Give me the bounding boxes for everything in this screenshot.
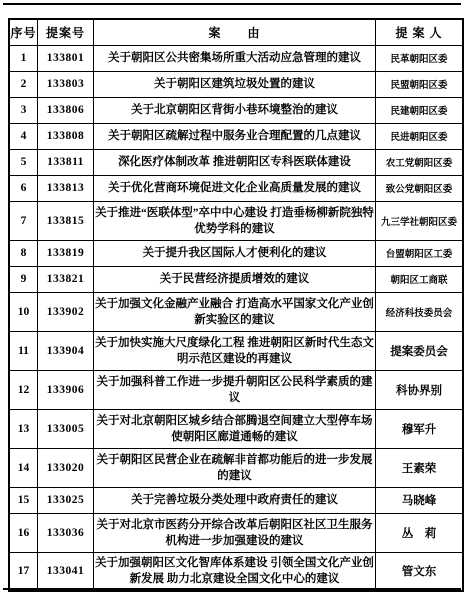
proposal-case: 关于朝阳区疏解过程中服务业合理配置的几点建议 [94, 123, 376, 149]
proposal-proposer: 马晓峰 [376, 487, 464, 513]
row-index: 9 [9, 266, 38, 292]
table-row: 14133020关于朝阳区民营企业在疏解非首都功能后的进一步发展的建议王素荣 [9, 448, 463, 487]
proposal-case: 关于朝阳区民营企业在疏解非首都功能后的进一步发展的建议 [94, 448, 376, 487]
top-rule [3, 3, 461, 5]
proposal-proposer: 丛 莉 [376, 513, 464, 552]
header-case: 案 由 [94, 19, 376, 45]
proposal-proposer: 朝阳区工商联 [376, 266, 464, 292]
row-index: 8 [9, 240, 38, 266]
table-row: 1133801关于朝阳区公共密集场所重大活动应急管理的建议民革朝阳区委 [9, 45, 463, 71]
proposal-case: 关于对北京市医药分开综合改革后朝阳区社区卫生服务机构进一步加强建设的建议 [94, 513, 376, 552]
table-row: 12133906关于加强科普工作进一步提升朝阳区公民科学素质的建议科协界别 [9, 370, 463, 409]
row-index: 17 [9, 552, 38, 591]
row-index: 2 [9, 71, 38, 97]
row-index: 10 [9, 292, 38, 331]
proposal-number: 133806 [38, 97, 94, 123]
proposal-number: 133906 [38, 370, 94, 409]
table-row: 2133803关于朝阳区建筑垃圾处置的建议民盟朝阳区委 [9, 71, 463, 97]
proposal-proposer: 民革朝阳区委 [376, 45, 464, 71]
header-number: 提案号 [38, 19, 94, 45]
table-row: 3133806关于北京朝阳区背街小巷环境整治的建议民建朝阳区委 [9, 97, 463, 123]
table-row: 11133904关于加快实施大尺度绿化工程 推进朝阳区新时代生态文明示范区建设的… [9, 331, 463, 370]
row-index: 3 [9, 97, 38, 123]
proposal-case: 关于对北京朝阳区城乡结合部腾退空间建立大型停车场使朝阳区廊道通畅的建议 [94, 409, 376, 448]
proposal-number: 133808 [38, 123, 94, 149]
proposal-case: 关于朝阳区建筑垃圾处置的建议 [94, 71, 376, 97]
table-row: 15133025关于完善垃圾分类处理中政府责任的建议马晓峰 [9, 487, 463, 513]
proposal-number: 133813 [38, 175, 94, 201]
proposal-number: 133803 [38, 71, 94, 97]
header-proposer: 提 案 人 [376, 19, 464, 45]
header-index: 序号 [9, 19, 38, 45]
proposal-case: 关于朝阳区公共密集场所重大活动应急管理的建议 [94, 45, 376, 71]
proposal-case: 关于推进“医联体型”卒中中心建设 打造垂杨柳新院独特优势学科的建议 [94, 201, 376, 240]
bottom-rule [3, 588, 461, 590]
proposal-number: 133020 [38, 448, 94, 487]
proposal-case: 关于北京朝阳区背街小巷环境整治的建议 [94, 97, 376, 123]
table-row: 17133041关于加强朝阳区文化智库体系建设 引领全国文化产业创新发展 助力北… [9, 552, 463, 591]
row-index: 7 [9, 201, 38, 240]
row-index: 1 [9, 45, 38, 71]
table-row: 7133815关于推进“医联体型”卒中中心建设 打造垂杨柳新院独特优势学科的建议… [9, 201, 463, 240]
proposal-case: 深化医疗体制改革 推进朝阳区专科医联体建设 [94, 149, 376, 175]
table-row: 8133819关于提升我区国际人才便利化的建议台盟朝阳区工委 [9, 240, 463, 266]
table-row: 16133036关于对北京市医药分开综合改革后朝阳区社区卫生服务机构进一步加强建… [9, 513, 463, 552]
proposal-proposer: 农工党朝阳区委 [376, 149, 464, 175]
proposal-number: 133811 [38, 149, 94, 175]
proposal-case: 关于加强科普工作进一步提升朝阳区公民科学素质的建议 [94, 370, 376, 409]
table-header-row: 序号 提案号 案 由 提 案 人 [9, 19, 463, 45]
proposal-number: 133041 [38, 552, 94, 591]
proposal-proposer: 九三学社朝阳区委 [376, 201, 464, 240]
proposal-case: 关于加强文化金融产业融合 打造高水平国家文化产业创新实验区的建议 [94, 292, 376, 331]
table-row: 9133821关于民营经济提质增效的建议朝阳区工商联 [9, 266, 463, 292]
proposals-table-body: 1133801关于朝阳区公共密集场所重大活动应急管理的建议民革朝阳区委21338… [9, 45, 463, 591]
proposal-number: 133005 [38, 409, 94, 448]
proposal-proposer: 民进朝阳区委 [376, 123, 464, 149]
proposal-number: 133801 [38, 45, 94, 71]
row-index: 12 [9, 370, 38, 409]
table-row: 4133808关于朝阳区疏解过程中服务业合理配置的几点建议民进朝阳区委 [9, 123, 463, 149]
proposal-proposer: 科协界别 [376, 370, 464, 409]
row-index: 6 [9, 175, 38, 201]
proposal-case: 关于优化营商环境促进文化企业高质量发展的建议 [94, 175, 376, 201]
table-row: 10133902关于加强文化金融产业融合 打造高水平国家文化产业创新实验区的建议… [9, 292, 463, 331]
row-index: 13 [9, 409, 38, 448]
proposal-case: 关于加快实施大尺度绿化工程 推进朝阳区新时代生态文明示范区建设的再建议 [94, 331, 376, 370]
row-index: 11 [9, 331, 38, 370]
proposal-number: 133025 [38, 487, 94, 513]
proposal-proposer: 经济科技委员会 [376, 292, 464, 331]
proposal-case: 关于完善垃圾分类处理中政府责任的建议 [94, 487, 376, 513]
row-index: 15 [9, 487, 38, 513]
proposal-case: 关于提升我区国际人才便利化的建议 [94, 240, 376, 266]
table-row: 13133005关于对北京朝阳区城乡结合部腾退空间建立大型停车场使朝阳区廊道通畅… [9, 409, 463, 448]
row-index: 4 [9, 123, 38, 149]
proposal-number: 133902 [38, 292, 94, 331]
table-row: 6133813关于优化营商环境促进文化企业高质量发展的建议致公党朝阳区委 [9, 175, 463, 201]
proposal-number: 133819 [38, 240, 94, 266]
proposals-table: 序号 提案号 案 由 提 案 人 1133801关于朝阳区公共密集场所重大活动应… [8, 18, 464, 592]
proposal-case: 关于民营经济提质增效的建议 [94, 266, 376, 292]
row-index: 5 [9, 149, 38, 175]
proposal-proposer: 管文东 [376, 552, 464, 591]
proposal-proposer: 致公党朝阳区委 [376, 175, 464, 201]
proposal-proposer: 提案委员会 [376, 331, 464, 370]
proposal-number: 133036 [38, 513, 94, 552]
proposal-case: 关于加强朝阳区文化智库体系建设 引领全国文化产业创新发展 助力北京建设全国文化中… [94, 552, 376, 591]
row-index: 14 [9, 448, 38, 487]
proposal-proposer: 民建朝阳区委 [376, 97, 464, 123]
proposal-number: 133904 [38, 331, 94, 370]
proposal-number: 133815 [38, 201, 94, 240]
proposal-proposer: 民盟朝阳区委 [376, 71, 464, 97]
table-row: 5133811深化医疗体制改革 推进朝阳区专科医联体建设农工党朝阳区委 [9, 149, 463, 175]
proposal-proposer: 王素荣 [376, 448, 464, 487]
proposal-proposer: 穆军升 [376, 409, 464, 448]
proposal-proposer: 台盟朝阳区工委 [376, 240, 464, 266]
proposal-number: 133821 [38, 266, 94, 292]
document-page: 序号 提案号 案 由 提 案 人 1133801关于朝阳区公共密集场所重大活动应… [0, 0, 464, 600]
row-index: 16 [9, 513, 38, 552]
